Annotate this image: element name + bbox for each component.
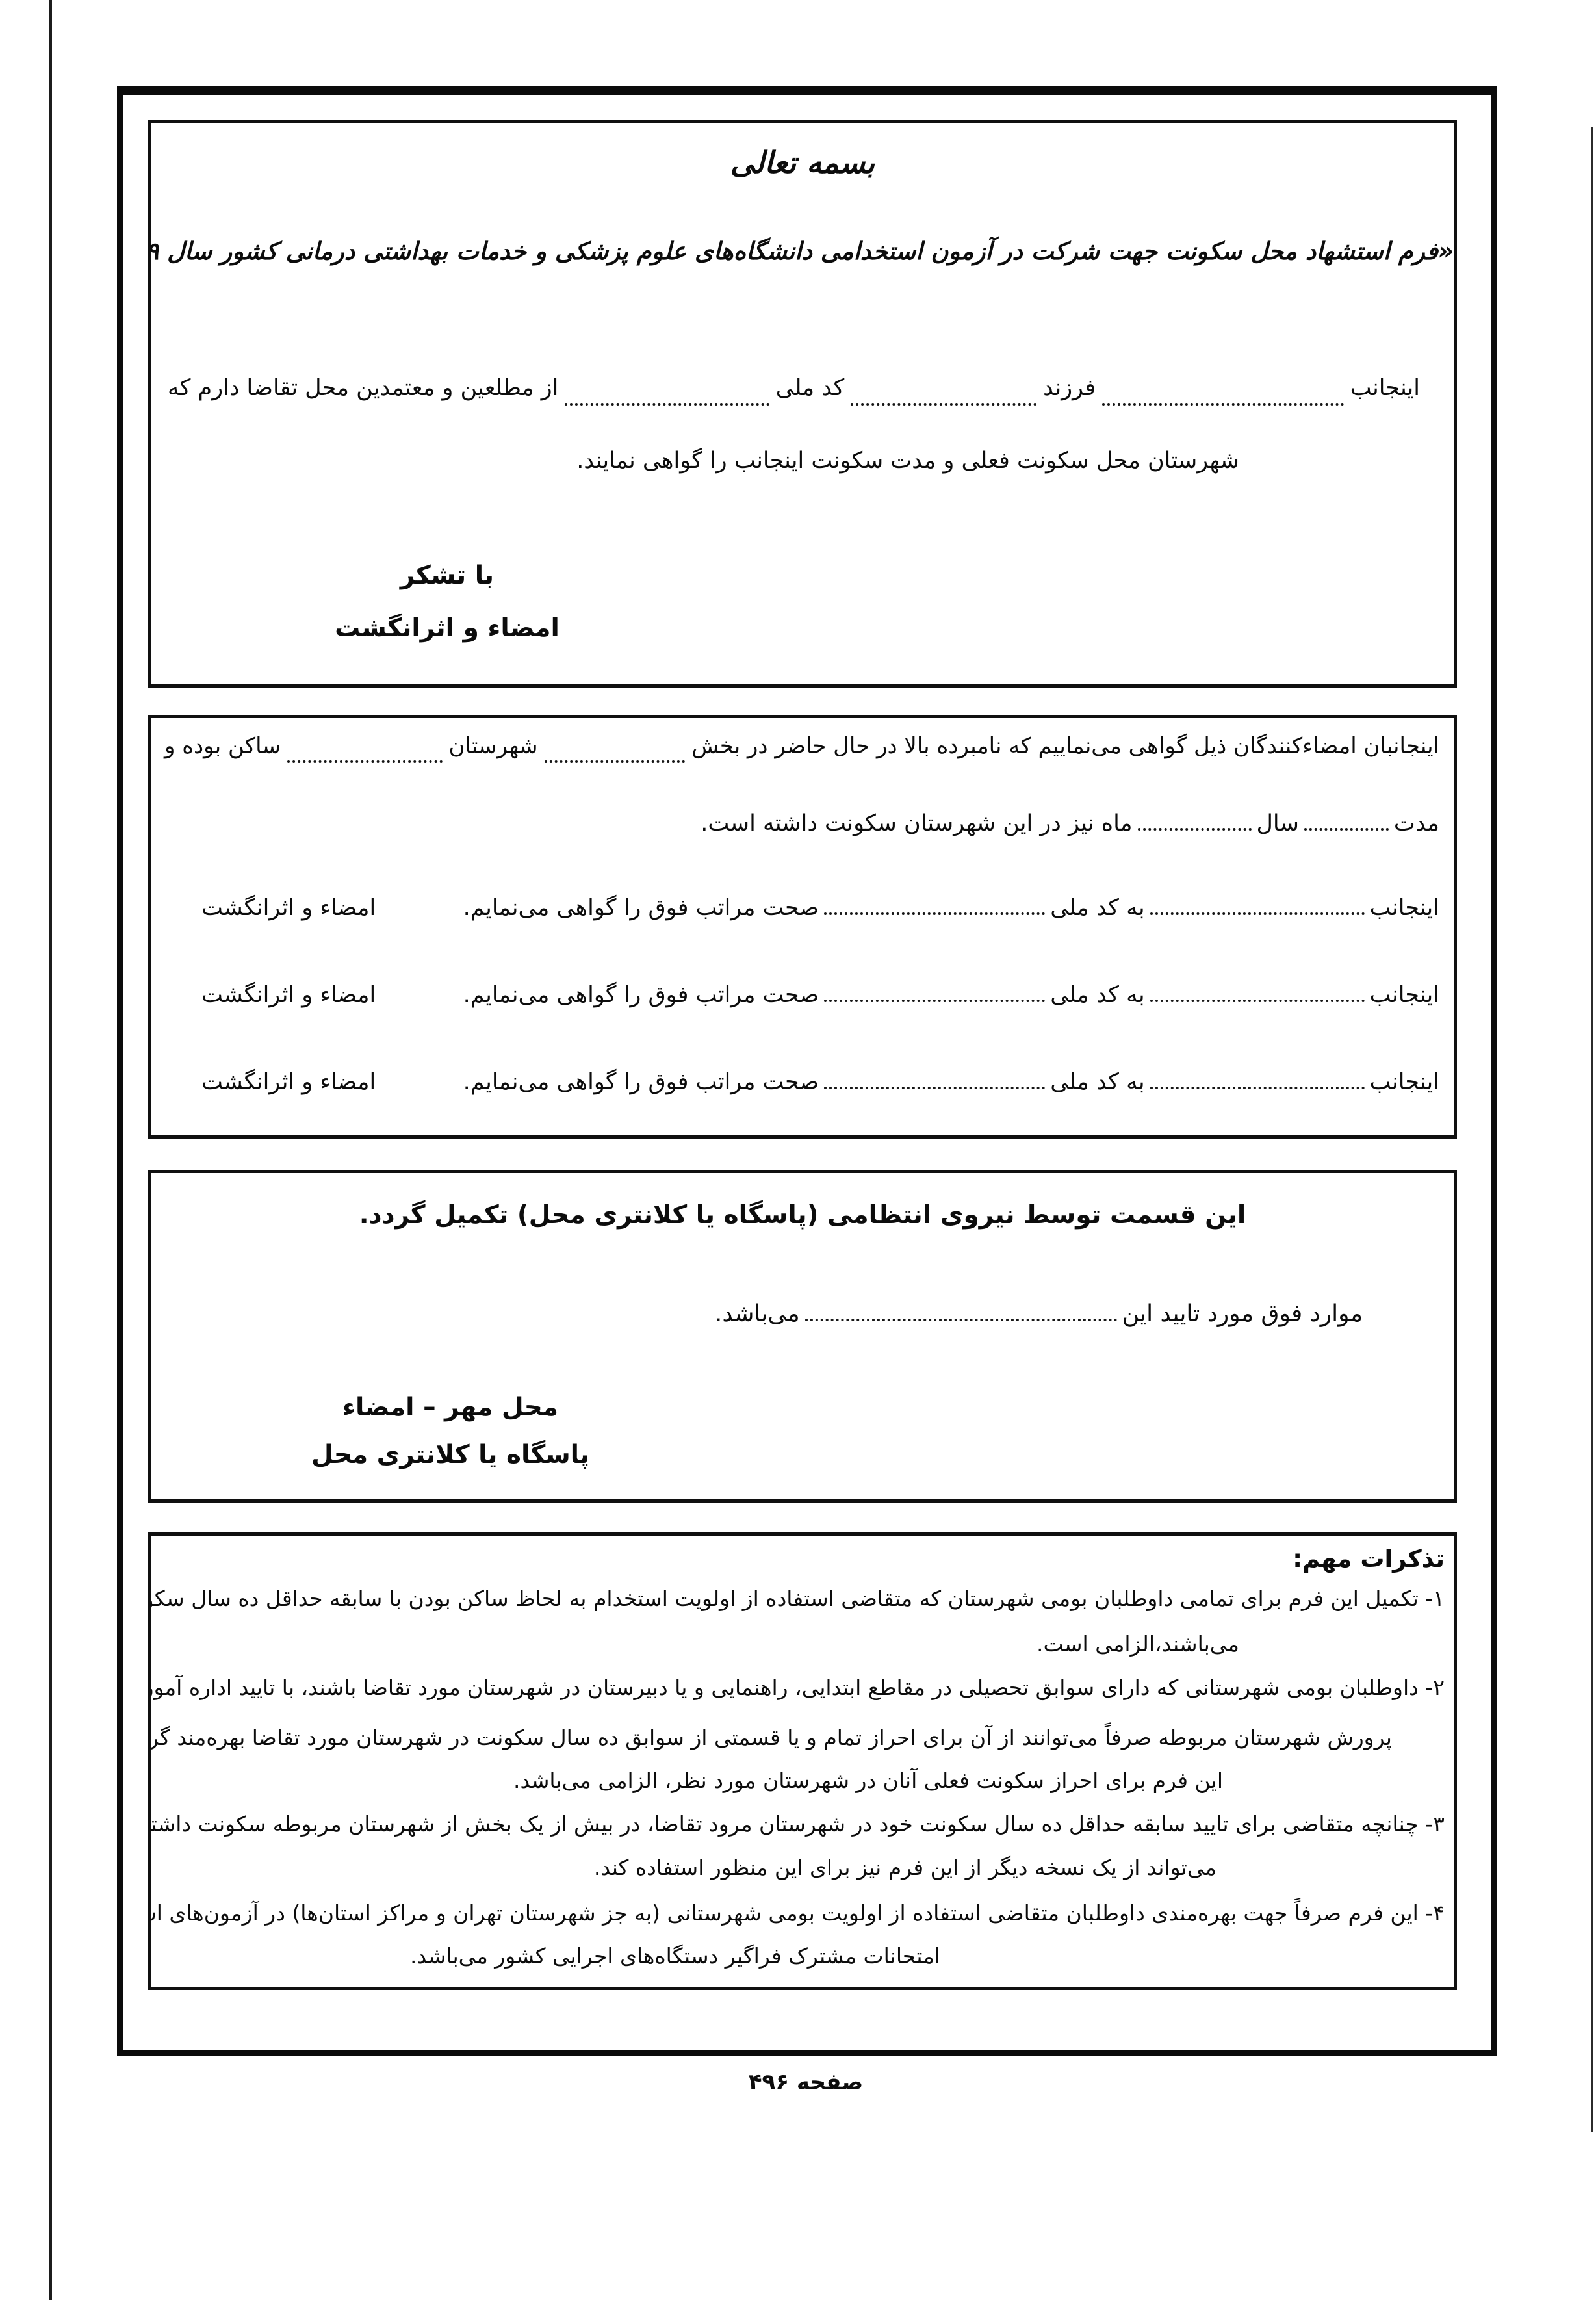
applicant-name-blank xyxy=(1102,386,1343,406)
witness-id-label: به کد ملی xyxy=(1050,895,1144,921)
page-fold-line xyxy=(49,0,52,2300)
witness-section: اینجانبان امضاءکنندگان ذیل گواهی می‌نمای… xyxy=(148,715,1457,1139)
applicant-request-text: از مطلعین و معتمدین محل تقاضا دارم که xyxy=(168,371,558,406)
applicant-section: بسمه تعالی «فرم استشهاد محل سکونت جهت شر… xyxy=(148,120,1457,688)
scan-edge-line xyxy=(1591,127,1593,2132)
witness-confirm-text: صحت مراتب فوق را گواهی می‌نمایم. xyxy=(463,1069,819,1095)
district-blank xyxy=(545,743,686,763)
father-name-label: فرزند xyxy=(1043,371,1096,406)
witness-self-label: اینجانب xyxy=(1370,1069,1439,1095)
witness-name-blank xyxy=(1150,911,1365,915)
police-section-heading: این قسمت توسط نیروی انتظامی (پاسگاه یا ک… xyxy=(151,1200,1454,1230)
witness-id-label: به کد ملی xyxy=(1050,1069,1144,1095)
witness-self-label: اینجانب xyxy=(1370,982,1439,1008)
approval-lead: موارد فوق مورد تایید این xyxy=(1122,1300,1363,1327)
note2-line3: این فرم برای احراز سکونت فعلی آنان در شه… xyxy=(513,1766,1223,1796)
note1-line1: ۱- تکمیل این فرم برای تمامی داوطلبان بوم… xyxy=(148,1584,1445,1614)
note3-line2: می‌تواند از یک نسخه دیگر از این فرم نیز … xyxy=(594,1853,1216,1883)
note2-line2: پرورش شهرستان مربوطه صرفاً می‌توانند از … xyxy=(148,1723,1392,1753)
witness-name-blank xyxy=(1150,998,1365,1002)
witness-intro-tail: ساکن بوده و xyxy=(164,730,281,763)
father-name-blank xyxy=(851,386,1036,406)
witness-signature-label: امضاء و اثرانگشت xyxy=(201,895,376,921)
witness-row: اینجانببه کد ملیصحت مراتب فوق را گواهی م… xyxy=(166,982,1439,1008)
witness-id-blank xyxy=(824,998,1045,1002)
witness-row: اینجانببه کد ملیصحت مراتب فوق را گواهی م… xyxy=(166,1069,1439,1095)
note4-line2: امتحانات مشترک فراگیر دستگاه‌های اجرایی … xyxy=(410,1941,940,1971)
police-stamp-block: محل مهر – امضاء پاسگاه یا کلانتری محل xyxy=(311,1391,590,1471)
page-number: صفحه ۴۹۶ xyxy=(676,2069,936,2095)
years-blank xyxy=(1304,827,1389,831)
witness-self-label: اینجانب xyxy=(1370,895,1439,921)
scanned-form-page: { "document": { "bismillah": "بسمه تعالی… xyxy=(0,0,1596,2300)
witness-id-blank xyxy=(824,1085,1045,1089)
bismillah-text: بسمه تعالی xyxy=(151,145,1454,180)
police-section: این قسمت توسط نیروی انتظامی (پاسگاه یا ک… xyxy=(148,1170,1457,1503)
stamp-line1: محل مهر – امضاء xyxy=(311,1391,590,1425)
county-blank xyxy=(287,743,443,763)
approval-tail: می‌باشد. xyxy=(715,1300,800,1327)
witness-signature-label: امضاء و اثرانگشت xyxy=(201,982,376,1008)
note3-line1: ۳- چنانچه متقاضی برای تایید سابقه حداقل … xyxy=(148,1809,1445,1839)
notes-section: تذکرات مهم: ۱- تکمیل این فرم برای تمامی … xyxy=(148,1532,1457,1990)
witness-id-blank xyxy=(824,911,1045,915)
months-blank xyxy=(1138,827,1252,831)
station-name-blank xyxy=(805,1317,1117,1321)
witness-confirm-text: صحت مراتب فوق را گواهی می‌نمایم. xyxy=(463,982,819,1008)
note2-line1: ۲- داوطلبان بومی شهرستانی که دارای سوابق… xyxy=(148,1673,1445,1703)
witness-intro-line: اینجانبان امضاءکنندگان ذیل گواهی می‌نمای… xyxy=(164,730,1439,763)
note4-line1: ۴- این فرم صرفاً جهت بهره‌مندی داوطلبان … xyxy=(148,1898,1445,1928)
stamp-line2: پاسگاه یا کلانتری محل xyxy=(311,1439,590,1472)
witness-confirm-text: صحت مراتب فوق را گواهی می‌نمایم. xyxy=(463,895,819,921)
duration-lead: مدت xyxy=(1394,810,1439,836)
county-label: شهرستان xyxy=(449,730,538,763)
note1-line2: می‌باشند،الزامی است. xyxy=(1036,1629,1239,1659)
residence-duration-line: مدتسالماه نیز در این شهرستان سکونت داشته… xyxy=(701,807,1439,841)
duration-tail: ماه نیز در این شهرستان سکونت داشته است. xyxy=(701,810,1132,836)
witness-id-label: به کد ملی xyxy=(1050,982,1144,1008)
applicant-self-label: اینجانب xyxy=(1350,371,1420,406)
applicant-signature-label: امضاء و اثرانگشت xyxy=(317,612,577,645)
applicant-identity-line: اینجانب فرزند کد ملی از مطلعین و معتمدین… xyxy=(168,371,1420,406)
thanks-text: با تشکر xyxy=(317,560,577,593)
form-title: «فرم استشهاد محل سکونت جهت شرکت در آزمون… xyxy=(151,237,1454,265)
duration-year-label: سال xyxy=(1257,810,1299,836)
national-id-label: کد ملی xyxy=(776,371,845,406)
witness-signature-label: امضاء و اثرانگشت xyxy=(201,1069,376,1095)
applicant-request-line2: شهرستان محل سکونت فعلی و مدت سکونت اینجا… xyxy=(576,444,1239,478)
witness-intro-lead: اینجانبان امضاءکنندگان ذیل گواهی می‌نمای… xyxy=(691,730,1439,763)
notes-heading: تذکرات مهم: xyxy=(1293,1545,1445,1573)
police-approval-line: موارد فوق مورد تایید اینمی‌باشد. xyxy=(715,1297,1363,1332)
applicant-signature-block: با تشکر امضاء و اثرانگشت xyxy=(317,560,577,645)
national-id-blank xyxy=(565,386,769,406)
witness-name-blank xyxy=(1150,1085,1365,1089)
witness-row: اینجانببه کد ملیصحت مراتب فوق را گواهی م… xyxy=(166,895,1439,921)
